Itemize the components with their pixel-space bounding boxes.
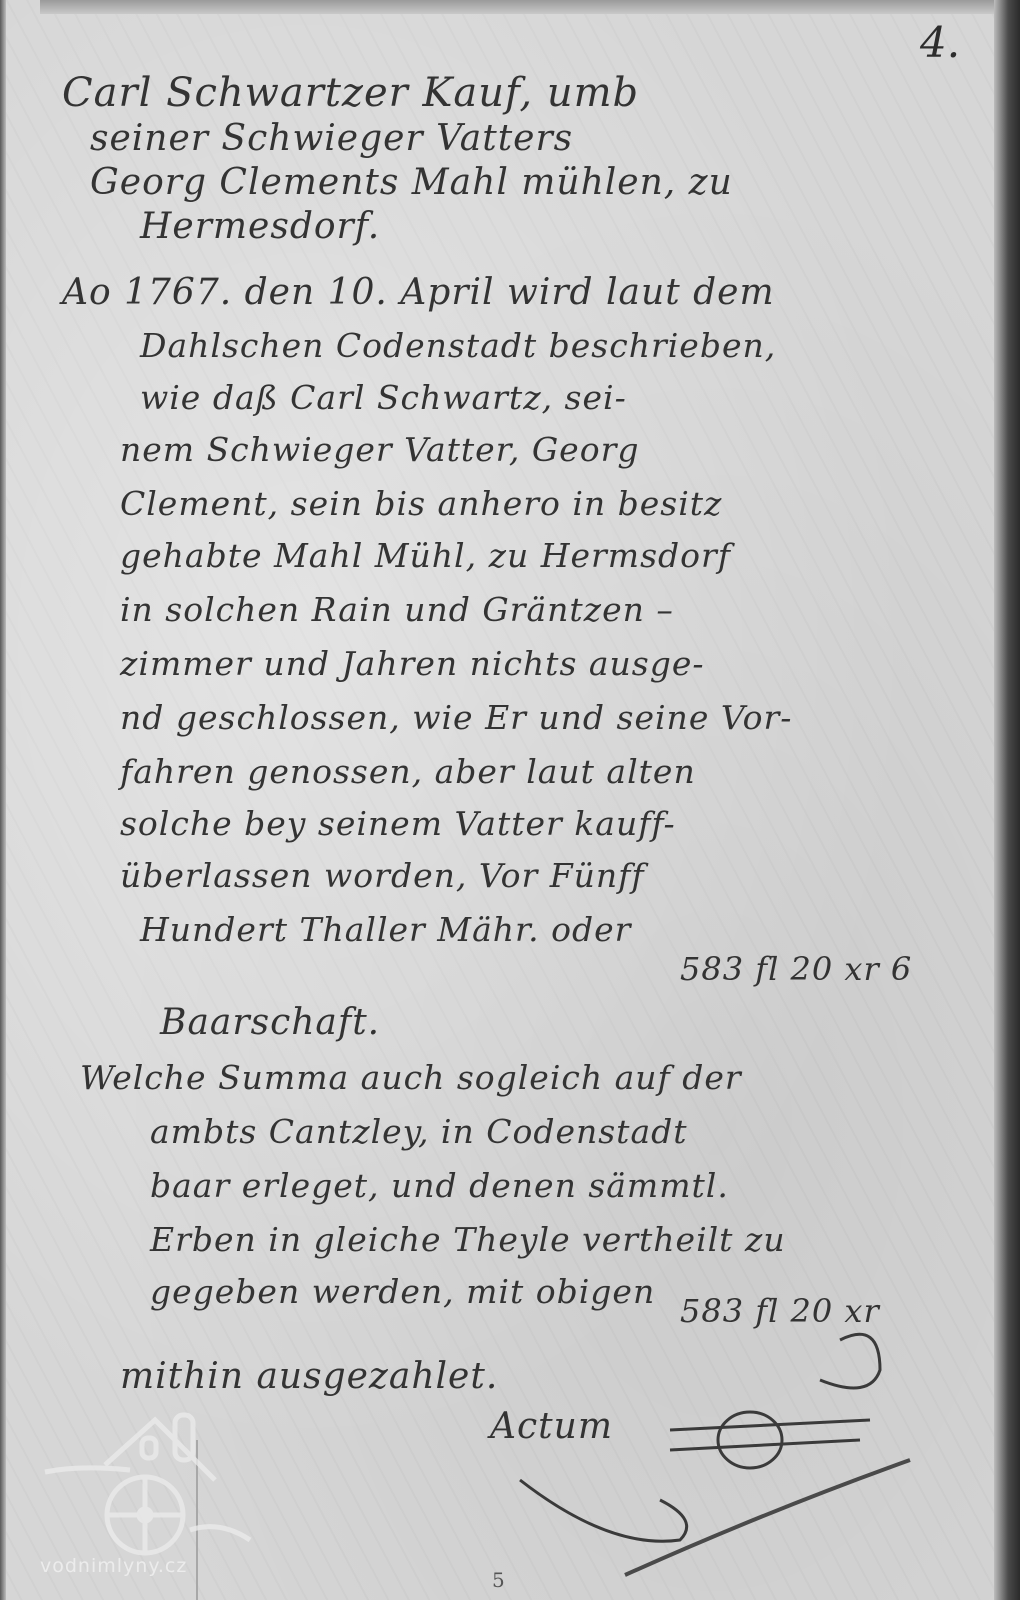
section-heading: Baarschaft.: [160, 1002, 380, 1043]
body-line-6: gehabte Mahl Mühl, zu Hermsdorf: [120, 536, 731, 575]
body-line-10: fahren genossen, aber laut alten: [120, 752, 696, 791]
closing-stroke-icon: [620, 1450, 920, 1590]
title-line-2: seiner Schwieger Vatters: [90, 118, 573, 159]
body-line-9: nd geschlossen, wie Er und seine Vor-: [120, 698, 792, 737]
section-line-4: Erben in gleiche Theyle vertheilt zu: [150, 1220, 786, 1259]
title-line-3: Georg Clements Mahl mühlen, zu: [90, 162, 733, 203]
body-line-4: nem Schwieger Vatter, Georg: [120, 430, 639, 469]
body-line-1: Ao 1767. den 10. April wird laut dem: [62, 272, 775, 313]
closing-line: mithin ausgezahlet.: [120, 1356, 498, 1397]
body-line-13: Hundert Thaller Mähr. oder: [140, 910, 631, 949]
body-line-7: in solchen Rain und Gräntzen –: [120, 590, 674, 629]
page-left-edge: [0, 0, 6, 1600]
body-line-8: zimmer und Jahren nichts ausge-: [120, 644, 705, 683]
manuscript-page: 4. Carl Schwartzer Kauf, umb seiner Schw…: [0, 0, 1020, 1600]
body-line-3: wie daß Carl Schwartz, sei-: [140, 378, 627, 417]
title-line-4: Hermesdorf.: [140, 206, 380, 247]
section-line-3: baar erleget, und denen sämmtl.: [150, 1166, 729, 1205]
title-line-1: Carl Schwartzer Kauf, umb: [62, 70, 639, 116]
section-line-2: ambts Cantzley, in Codenstadt: [150, 1112, 688, 1151]
folio-number: 4.: [920, 18, 960, 67]
watermark-text: vodnimlyny.cz: [40, 1555, 187, 1577]
section-line-1: Welche Summa auch sogleich auf der: [80, 1058, 742, 1097]
body-line-5: Clement, sein bis anhero in besitz: [120, 484, 722, 523]
body-line-12: überlassen worden, Vor Fünff: [120, 856, 645, 895]
body-line-11: solche bey seinem Vatter kauff-: [120, 804, 676, 843]
book-binding: [994, 0, 1020, 1600]
amount-583-fl: 583 fl 20 xr 6: [680, 950, 912, 988]
page-top-edge: [40, 0, 1020, 14]
bottom-page-number: 5: [492, 1568, 505, 1592]
body-line-2: Dahlschen Codenstadt beschrieben,: [140, 326, 776, 365]
